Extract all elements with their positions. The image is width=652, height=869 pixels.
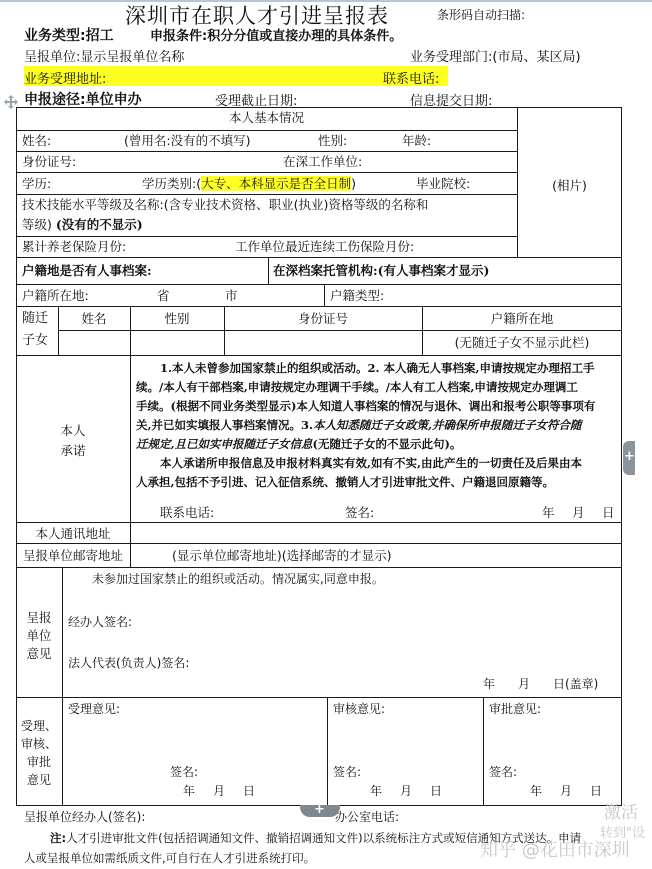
commitment-sign-label[interactable]: 签名: bbox=[345, 505, 374, 521]
col-line bbox=[130, 522, 131, 567]
commitment-line-2: 续。/本人有干部档案,申请按规定办理调干手续。/本人有工人档案,申请按规定办理调… bbox=[136, 378, 620, 397]
footer-note-line2: 人或呈报单位如需纸质文件,可自行在人才引进系统打印。 bbox=[24, 850, 315, 866]
province-label: 省 bbox=[157, 288, 170, 304]
accept-year: 年 bbox=[183, 783, 195, 799]
handling-dept-value: (市局、某区局) bbox=[492, 50, 580, 65]
children-label-1: 随迁 bbox=[22, 311, 48, 327]
education-label[interactable]: 学历: bbox=[22, 176, 51, 192]
handling-dept: 业务受理部门:(市局、某区局) bbox=[410, 46, 581, 65]
commitment-line-3: 手续。(根据不同业务类型显示)本人知道人事档案的情况与退休、调出和报考公职等事项… bbox=[136, 397, 620, 416]
handling-dept-label: 业务受理部门: bbox=[410, 50, 492, 65]
col-line bbox=[483, 697, 484, 805]
personal-address-label: 本人通讯地址 bbox=[16, 526, 130, 542]
unit-opinion-label-1: 呈报 bbox=[16, 610, 62, 626]
accept-sign-label[interactable]: 签名: bbox=[170, 764, 198, 780]
channel: 申报途径:单位申办 bbox=[24, 89, 142, 109]
unit-opinion-label-2: 单位 bbox=[16, 628, 62, 644]
watermark-activate: 激活 bbox=[604, 798, 638, 823]
row-line bbox=[16, 306, 622, 307]
edu-type-close: ) bbox=[351, 176, 356, 191]
pension-months-label[interactable]: 累计养老保险月份: bbox=[22, 239, 126, 255]
review-day: 日 bbox=[430, 783, 442, 799]
injury-insurance-label[interactable]: 工作单位最近连续工伤保险月份: bbox=[235, 239, 414, 255]
edu-type-hint: 大专、本科显示是否全日制 bbox=[201, 176, 351, 191]
skill-hint: (没有的不显示) bbox=[56, 217, 143, 232]
plus-icon: + bbox=[624, 449, 635, 464]
col-line bbox=[130, 306, 131, 522]
review-year: 年 bbox=[370, 783, 382, 799]
channel-label: 申报途径: bbox=[24, 92, 86, 108]
review-month: 月 bbox=[400, 783, 412, 799]
gender-label[interactable]: 性别: bbox=[318, 133, 347, 149]
row-line bbox=[16, 697, 622, 698]
children-cell-huji[interactable]: (无随迁子女不显示此栏) bbox=[422, 335, 622, 351]
condition: 申报条件:积分分值或直接办理的具体条件。 bbox=[150, 25, 402, 44]
huji-location-label[interactable]: 户籍所在地: bbox=[22, 288, 89, 304]
name-label[interactable]: 姓名: bbox=[22, 133, 51, 149]
unit-opinion-month: 月 bbox=[518, 676, 530, 692]
col-line bbox=[324, 284, 325, 306]
watermark-zhihu: 知乎 @花田市深圳 bbox=[480, 836, 630, 862]
channel-value: 单位申办 bbox=[86, 92, 142, 108]
commitment-label-2: 承诺 bbox=[16, 443, 130, 459]
commitment-label-1: 本人 bbox=[16, 423, 130, 439]
approval-label-4: 意见 bbox=[16, 772, 62, 788]
approve-opinion-title[interactable]: 审批意见: bbox=[489, 701, 541, 717]
condition-value: 积分分值或直接办理的具体条件。 bbox=[207, 29, 402, 44]
commitment-children-policy: 本人知悉随迁子女政策,并确保所申报随迁子女符合随 bbox=[313, 418, 582, 432]
employer-label[interactable]: 在深工作单位: bbox=[283, 154, 362, 170]
children-col-huji: 户籍所在地 bbox=[422, 311, 622, 327]
has-archive-label[interactable]: 户籍地是否有人事档案: bbox=[22, 263, 152, 279]
approve-month: 月 bbox=[560, 783, 572, 799]
commitment-line-4: 关,并已如实填报人事档案情况。3. bbox=[136, 418, 313, 432]
side-expand-tab[interactable]: + bbox=[623, 441, 635, 475]
approval-label-3: 审批 bbox=[16, 754, 62, 770]
report-unit-value: 显示呈报单位名称 bbox=[80, 50, 184, 65]
footer-handler-label: 呈报单位经办人(签名): bbox=[24, 809, 145, 825]
skill-label-line2: 等级) (没有的不显示) bbox=[22, 217, 143, 233]
business-type-value: 招工 bbox=[86, 28, 114, 44]
unit-opinion-year: 年 bbox=[483, 676, 495, 692]
business-type-label: 业务类型: bbox=[24, 28, 86, 44]
row-line bbox=[16, 130, 517, 131]
commitment-month: 月 bbox=[572, 505, 585, 521]
commitment-children-note: (无随迁子女的不显示此句)。 bbox=[313, 437, 462, 451]
unit-opinion-label-3: 意见 bbox=[16, 646, 62, 662]
unit-opinion-day: 日(盖章) bbox=[553, 676, 598, 692]
contact-phone-label: 联系电话: bbox=[383, 68, 439, 87]
accept-opinion-title[interactable]: 受理意见: bbox=[68, 701, 120, 717]
legal-rep-sign-label[interactable]: 法人代表(负责人)签名: bbox=[68, 655, 189, 671]
handling-address-label: 业务受理地址: bbox=[24, 68, 106, 87]
commitment-line-7: 人承担,包括不予引进、记入征信系统、撤销人才引进审批文件、户籍退回原籍等。 bbox=[136, 473, 620, 492]
row-line bbox=[16, 194, 517, 195]
skill-label-line1: 技术技能水平等级及名称:(含专业技术资格、职业(执业)资格等级的名称和 bbox=[22, 197, 428, 213]
huji-type-label[interactable]: 户籍类型: bbox=[330, 288, 384, 304]
commitment-text: 1.本人未曾参加国家禁止的组织或活动。2. 本人确无人事档案,申请按规定办理招工… bbox=[136, 359, 620, 492]
bottom-expand-tab[interactable]: + bbox=[300, 805, 340, 817]
commitment-line-1: 1.本人未曾参加国家禁止的组织或活动。2. 本人确无人事档案,申请按规定办理招工… bbox=[136, 359, 620, 378]
row-line bbox=[16, 522, 622, 523]
review-opinion-title[interactable]: 审核意见: bbox=[333, 701, 385, 717]
city-label: 市 bbox=[225, 288, 238, 304]
approve-day: 日 bbox=[590, 783, 602, 799]
children-label-2: 子女 bbox=[22, 333, 48, 349]
condition-label: 申报条件: bbox=[150, 29, 207, 44]
accept-month: 月 bbox=[213, 783, 225, 799]
mailing-address-label: 呈报单位邮寄地址 bbox=[16, 548, 130, 564]
col-line bbox=[327, 697, 328, 805]
mailing-address-hint[interactable]: (显示单位邮寄地址)(选择邮寄的才显示) bbox=[172, 548, 392, 564]
approval-label-2: 审核、 bbox=[16, 736, 62, 752]
row-line bbox=[58, 330, 622, 331]
photo-placeholder[interactable]: (相片) bbox=[517, 178, 622, 194]
former-name-hint: (曾用名:没有的不填写) bbox=[124, 133, 250, 149]
col-line bbox=[268, 257, 269, 284]
approve-sign-label[interactable]: 签名: bbox=[489, 764, 517, 780]
review-sign-label[interactable]: 签名: bbox=[333, 764, 361, 780]
report-unit-label: 呈报单位: bbox=[24, 50, 80, 65]
id-number-label[interactable]: 身份证号: bbox=[22, 154, 76, 170]
commitment-day: 日 bbox=[602, 505, 615, 521]
barcode-label: 条形码自动扫描: bbox=[437, 6, 525, 23]
row-line bbox=[16, 355, 622, 356]
basic-info-title: 本人基本情况 bbox=[16, 110, 517, 126]
report-unit: 呈报单位:显示呈报单位名称 bbox=[24, 46, 184, 65]
commitment-phone-label[interactable]: 联系电话: bbox=[160, 505, 214, 521]
children-col-gender: 性别 bbox=[130, 311, 224, 327]
row-line bbox=[16, 567, 622, 568]
handler-sign-label[interactable]: 经办人签名: bbox=[68, 614, 132, 630]
edu-type-label: 学历类别:( bbox=[142, 176, 201, 191]
row-line bbox=[16, 172, 517, 173]
business-type: 业务类型:招工 bbox=[24, 25, 114, 45]
archive-custody-label[interactable]: 在深档案托管机构:(有人事档案才显示) bbox=[273, 263, 489, 279]
unit-opinion-statement: 未参加过国家禁止的组织或活动。情况属实,同意申报。 bbox=[92, 571, 384, 587]
row-line bbox=[16, 284, 622, 285]
row-line bbox=[16, 151, 517, 152]
skill-label-text: 等级) bbox=[22, 217, 52, 232]
approval-label-1: 受理、 bbox=[16, 718, 62, 734]
age-label[interactable]: 年龄: bbox=[402, 133, 431, 149]
school-label[interactable]: 毕业院校: bbox=[416, 176, 470, 192]
row-line bbox=[16, 543, 622, 544]
row-line bbox=[16, 236, 517, 237]
note-label: 注: bbox=[50, 831, 66, 845]
commitment-line-6: 本人承诺所申报信息及申报材料真实有效,如有不实,由此产生的一切责任及后果由本 bbox=[136, 454, 620, 473]
row-line bbox=[16, 257, 622, 258]
footer-office-phone-label: 办公室电话: bbox=[335, 809, 399, 825]
accept-day: 日 bbox=[243, 783, 255, 799]
children-col-id: 身份证号 bbox=[224, 311, 422, 327]
plus-icon: + bbox=[314, 802, 325, 817]
commitment-children-info: 迁规定,且已如实申报随迁子女信息 bbox=[136, 437, 313, 451]
children-col-name: 姓名 bbox=[58, 311, 130, 327]
education-type[interactable]: 学历类别:(大专、本科显示是否全日制) bbox=[142, 176, 356, 192]
commitment-year: 年 bbox=[542, 505, 555, 521]
col-line bbox=[62, 567, 63, 805]
approve-year: 年 bbox=[530, 783, 542, 799]
